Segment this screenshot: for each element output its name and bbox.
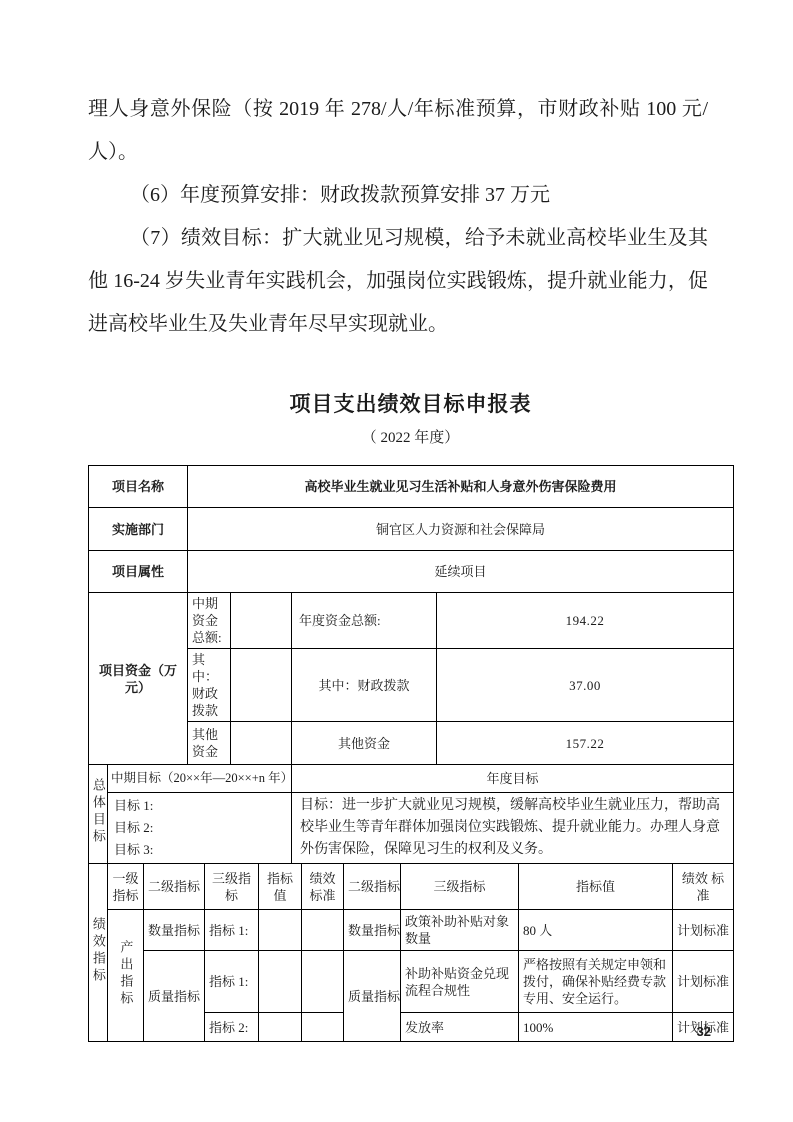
header-value-left: 指标值 — [259, 864, 302, 910]
paragraph-continuation: 理人身意外保险（按 2019 年 278/人/年标准预算，市财政补贴 100 元… — [88, 88, 708, 174]
header-std-right: 绩效 标准 — [673, 864, 734, 910]
val-left-3 — [259, 1013, 302, 1042]
table-row: 项目名称 高校毕业生就业见习生活补贴和人身意外伤害保险费用 — [89, 466, 734, 508]
mid-total-label: 中期资金总额: — [188, 593, 231, 649]
indicators-vertical-text: 绩效指标 — [91, 917, 105, 985]
std-right-2: 计划标准 — [673, 951, 734, 1013]
val-left-2 — [259, 951, 302, 1013]
attribute-value: 延续项目 — [188, 551, 734, 593]
mid-fiscal-value — [231, 649, 292, 722]
val-right-1: 80 人 — [519, 910, 673, 951]
midterm-goal-3: 目标 3: — [112, 839, 287, 861]
basic-and-funds-table: 项目名称 高校毕业生就业见习生活补贴和人身意外伤害保险费用 实施部门 铜官区人力… — [88, 465, 734, 765]
indicator-row-quantity: 产出指标 数量指标 指标 1: 数量指标 政策补助补贴对象数量 80 人 计划标… — [89, 910, 734, 951]
std-left-3 — [302, 1013, 344, 1042]
year-fiscal-value: 37.00 — [437, 649, 734, 722]
table-row: 实施部门 铜官区人力资源和社会保障局 — [89, 508, 734, 551]
ind-left-1: 指标 1: — [205, 910, 259, 951]
indicators-label: 绩效指标 — [89, 864, 108, 1042]
page-content: 理人身意外保险（按 2019 年 278/人/年标准预算，市财政补贴 100 元… — [88, 88, 733, 1042]
midterm-goal-1: 目标 1: — [112, 795, 287, 817]
year-other-label: 其他资金 — [292, 722, 437, 765]
attribute-label: 项目属性 — [89, 551, 188, 593]
header-level1: 一级指标 — [108, 864, 144, 910]
header-level3-right: 三级指标 — [401, 864, 519, 910]
table-row: 项目资金（万元） 中期资金总额: 年度资金总额: 194.22 — [89, 593, 734, 649]
project-name-value: 高校毕业生就业见习生活补贴和人身意外伤害保险费用 — [188, 466, 734, 508]
midterm-goal-list: 目标 1: 目标 2: 目标 3: — [108, 793, 292, 864]
mid-total-value — [231, 593, 292, 649]
year-total-value: 194.22 — [437, 593, 734, 649]
std-left-1 — [302, 910, 344, 951]
page-number: 32 — [697, 1024, 711, 1039]
header-level3-left: 三级指标 — [205, 864, 259, 910]
level1-output-label: 产出指标 — [108, 910, 144, 1042]
cat-left-quality: 质量指标 — [144, 951, 205, 1042]
val-right-3: 100% — [519, 1013, 673, 1042]
overall-goal-vertical-text: 总体目标 — [91, 778, 105, 846]
output-vertical-text: 产出指标 — [119, 940, 133, 1008]
year-total-label: 年度资金总额: — [292, 593, 437, 649]
department-label: 实施部门 — [89, 508, 188, 551]
paragraph-item-7: （7）绩效目标：扩大就业见习规模，给予未就业高校毕业生及其他 16-24 岁失业… — [88, 217, 708, 346]
project-name-label: 项目名称 — [89, 466, 188, 508]
mid-other-label: 其他资金 — [188, 722, 231, 765]
ind-right-1: 政策补助补贴对象数量 — [401, 910, 519, 951]
table-row: 总体目标 中期目标（20××年—20××+n 年） 年度目标 — [89, 765, 734, 793]
midterm-goal-header: 中期目标（20××年—20××+n 年） — [108, 765, 292, 793]
midterm-goal-2: 目标 2: — [112, 817, 287, 839]
indicators-header-row: 绩效指标 一级指标 二级指标 三级指标 指标值 绩效标准 二级指标 三级指标 指… — [89, 864, 734, 910]
overall-goal-table: 总体目标 中期目标（20××年—20××+n 年） 年度目标 目标 1: 目标 … — [88, 764, 734, 864]
std-left-2 — [302, 951, 344, 1013]
std-right-1: 计划标准 — [673, 910, 734, 951]
department-value: 铜官区人力资源和社会保障局 — [188, 508, 734, 551]
year-fiscal-label: 其中：财政拨款 — [292, 649, 437, 722]
mid-other-value — [231, 722, 292, 765]
form-subtitle: （ 2022 年度） — [88, 426, 733, 447]
ind-left-3: 指标 2: — [205, 1013, 259, 1042]
indicator-row-quality-1: 质量指标 指标 1: 质量指标 补助补贴资金兑现流程合规性 严格按照有关规定申领… — [89, 951, 734, 1013]
cat-left-quantity: 数量指标 — [144, 910, 205, 951]
overall-goal-label: 总体目标 — [89, 765, 108, 864]
indicators-table: 绩效指标 一级指标 二级指标 三级指标 指标值 绩效标准 二级指标 三级指标 指… — [88, 863, 734, 1042]
ind-left-2: 指标 1: — [205, 951, 259, 1013]
ind-right-3: 发放率 — [401, 1013, 519, 1042]
val-left-1 — [259, 910, 302, 951]
paragraph-item-6: （6）年度预算安排：财政拨款预算安排 37 万元 — [88, 174, 708, 217]
header-value-right: 指标值 — [519, 864, 673, 910]
header-std-left: 绩效标准 — [302, 864, 344, 910]
val-right-2: 严格按照有关规定申领和拨付，确保补贴经费专款专用、安全运行。 — [519, 951, 673, 1013]
cat-right-quantity: 数量指标 — [344, 910, 401, 951]
header-level2-right: 二级指标 — [344, 864, 401, 910]
header-level2-left: 二级指标 — [144, 864, 205, 910]
cat-right-quality: 质量指标 — [344, 951, 401, 1042]
table-row: 目标 1: 目标 2: 目标 3: 目标：进一步扩大就业见习规模，缓解高校毕业生… — [89, 793, 734, 864]
annual-goal-text: 目标：进一步扩大就业见习规模，缓解高校毕业生就业压力，帮助高校毕业生等青年群体加… — [292, 793, 734, 864]
document-page: 理人身意外保险（按 2019 年 278/人/年标准预算，市财政补贴 100 元… — [0, 0, 793, 1122]
funds-label: 项目资金（万元） — [89, 593, 188, 765]
year-other-value: 157.22 — [437, 722, 734, 765]
annual-goal-header: 年度目标 — [292, 765, 734, 793]
table-row: 项目属性 延续项目 — [89, 551, 734, 593]
mid-fiscal-label: 其中：财政拨款 — [188, 649, 231, 722]
ind-right-2: 补助补贴资金兑现流程合规性 — [401, 951, 519, 1013]
form-title: 项目支出绩效目标申报表 — [88, 388, 733, 418]
